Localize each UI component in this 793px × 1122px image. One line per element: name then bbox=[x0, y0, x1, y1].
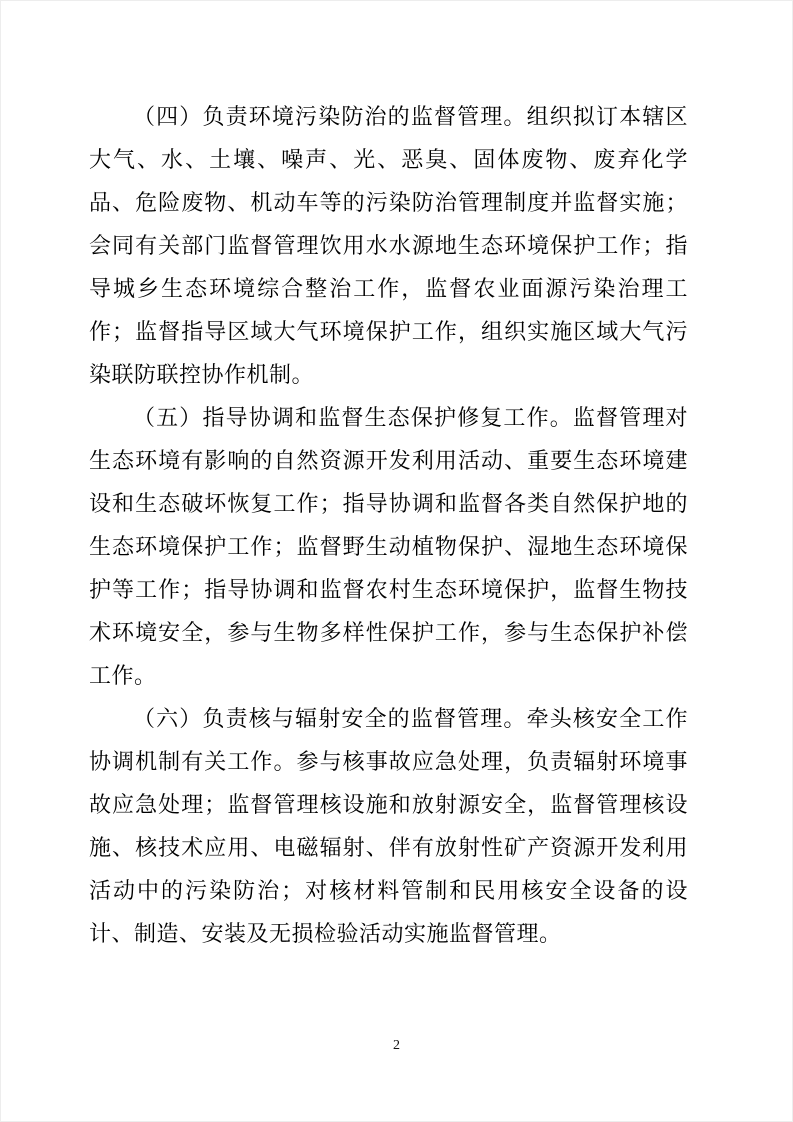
document-body: （四）负责环境污染防治的监督管理。组织拟订本辖区大气、水、土壤、噪声、光、恶臭、… bbox=[1, 1, 792, 955]
page-number: 2 bbox=[1, 1037, 792, 1055]
paragraph-6: （六）负责核与辐射安全的监督管理。牵头核安全工作协调机制有关工作。参与核事故应急… bbox=[89, 697, 688, 955]
paragraph-4: （四）负责环境污染防治的监督管理。组织拟订本辖区大气、水、土壤、噪声、光、恶臭、… bbox=[89, 95, 688, 396]
document-page: （四）负责环境污染防治的监督管理。组织拟订本辖区大气、水、土壤、噪声、光、恶臭、… bbox=[0, 0, 793, 1122]
paragraph-5: （五）指导协调和监督生态保护修复工作。监督管理对生态环境有影响的自然资源开发利用… bbox=[89, 396, 688, 697]
